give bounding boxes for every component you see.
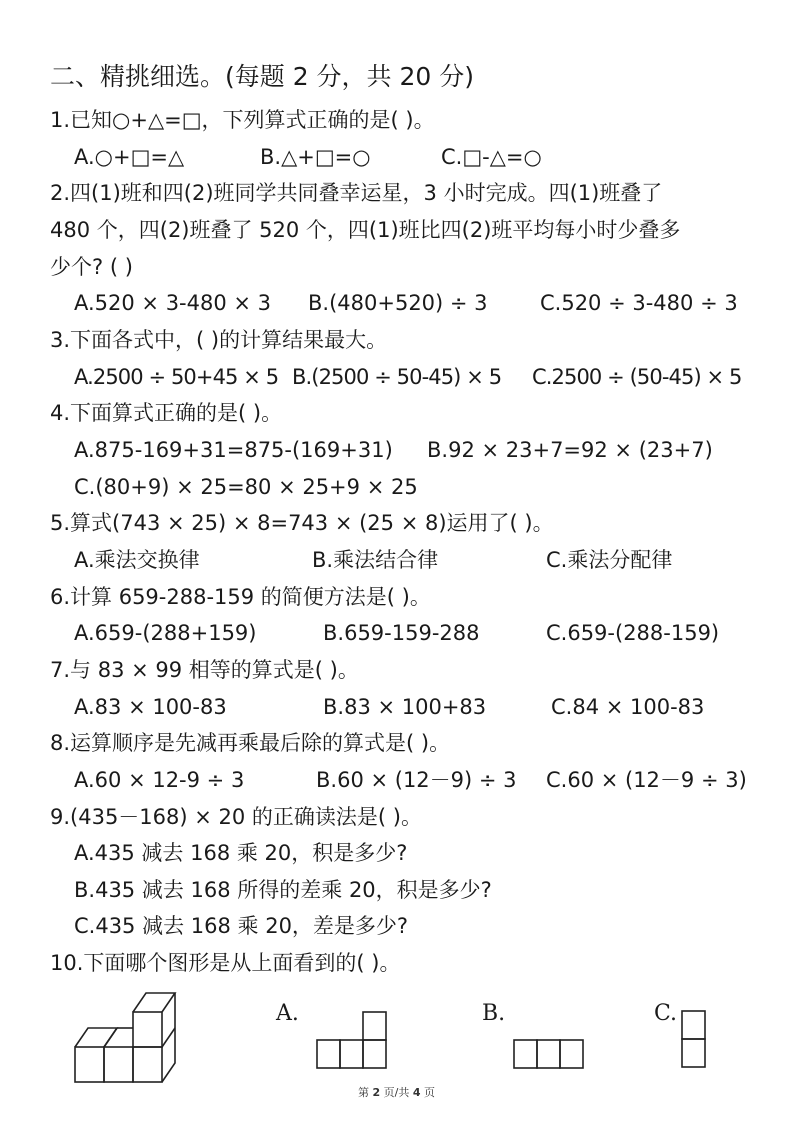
footer-current-page: 2 — [372, 1086, 380, 1099]
question-5-option-a: A.乘法交换律 — [74, 546, 200, 574]
question-3-text: 3.下面各式中，( )的计算结果最大。 — [50, 326, 387, 354]
question-4-option-c: C.(80+9) × 25=80 × 25+9 × 25 — [74, 473, 418, 501]
question-9-option-c: C.435 减去 168 乘 20，差是多少? — [74, 912, 408, 940]
section-title: 二、精挑细选。(每题 2 分，共 20 分) — [50, 61, 474, 93]
question-6-option-b: B.659-159-288 — [323, 619, 480, 647]
question-5-option-b: B.乘法结合律 — [312, 546, 438, 574]
footer-suffix: 页 — [424, 1086, 435, 1099]
question-5-option-c: C.乘法分配律 — [546, 546, 672, 574]
figure-option-b-label: B. — [482, 1002, 505, 1026]
question-2-text-line-3: 少个? ( ) — [50, 253, 133, 281]
question-8-option-c: C.60 × (12－9 ÷ 3) — [546, 766, 747, 794]
footer-total-pages: 4 — [413, 1086, 421, 1099]
cube-stack-figure — [70, 992, 185, 1088]
figure-option-c-top-view — [680, 1009, 707, 1071]
question-7-option-c: C.84 × 100-83 — [551, 693, 704, 721]
question-1-option-b: B.△+□=○ — [260, 143, 371, 171]
question-3-option-b: B.(2500 ÷ 50-45) × 5 — [292, 363, 501, 391]
question-9-option-a: A.435 减去 168 乘 20，积是多少? — [74, 839, 407, 867]
question-2-option-b: B.(480+520) ÷ 3 — [308, 289, 488, 317]
question-4-option-b: B.92 × 23+7=92 × (23+7) — [427, 436, 713, 464]
figure-option-a-top-view — [315, 1010, 389, 1072]
figure-option-c-label: C. — [654, 1002, 677, 1026]
page-footer: 第 2 页/共 4 页 — [0, 1084, 793, 1100]
question-2-text-line-1: 2.四(1)班和四(2)班同学共同叠幸运星，3 小时完成。四(1)班叠了 — [50, 179, 662, 207]
question-4-option-a: A.875-169+31=875-(169+31) — [74, 436, 393, 464]
footer-prefix: 第 — [358, 1086, 369, 1099]
question-7-option-a: A.83 × 100-83 — [74, 693, 227, 721]
question-8-text: 8.运算顺序是先减再乘最后除的算式是( )。 — [50, 729, 450, 757]
question-3-option-c: C.2500 ÷ (50-45) × 5 — [532, 363, 741, 391]
question-6-option-c: C.659-(288-159) — [546, 619, 719, 647]
figure-option-a-label: A. — [276, 1002, 299, 1026]
question-8-option-a: A.60 × 12-9 ÷ 3 — [74, 766, 244, 794]
question-2-option-c: C.520 ÷ 3-480 ÷ 3 — [540, 289, 738, 317]
question-9-option-b: B.435 减去 168 所得的差乘 20，积是多少? — [74, 876, 492, 904]
question-7-option-b: B.83 × 100+83 — [323, 693, 486, 721]
question-10-text: 10.下面哪个图形是从上面看到的( )。 — [50, 949, 400, 977]
question-4-text: 4.下面算式正确的是( )。 — [50, 399, 282, 427]
figure-option-b-top-view — [512, 1038, 586, 1070]
question-2-text-line-2: 480 个，四(2)班叠了 520 个，四(1)班比四(2)班平均每小时少叠多 — [50, 216, 680, 244]
question-1-option-a: A.○+□=△ — [74, 143, 184, 171]
question-8-option-b: B.60 × (12－9) ÷ 3 — [316, 766, 517, 794]
footer-middle: 页/共 — [384, 1086, 410, 1099]
question-5-text: 5.算式(743 × 25) × 8=743 × (25 × 8)运用了( )。 — [50, 509, 554, 537]
question-1-text: 1.已知○+△=□，下列算式正确的是( )。 — [50, 106, 435, 134]
question-3-option-a: A.2500 ÷ 50+45 × 5 — [74, 363, 278, 391]
question-2-option-a: A.520 × 3-480 × 3 — [74, 289, 271, 317]
question-1-option-c: C.□-△=○ — [441, 143, 542, 171]
question-6-text: 6.计算 659-288-159 的简便方法是( )。 — [50, 583, 431, 611]
question-9-text: 9.(435－168) × 20 的正确读法是( )。 — [50, 803, 422, 831]
question-6-option-a: A.659-(288+159) — [74, 619, 256, 647]
question-7-text: 7.与 83 × 99 相等的算式是( )。 — [50, 656, 359, 684]
